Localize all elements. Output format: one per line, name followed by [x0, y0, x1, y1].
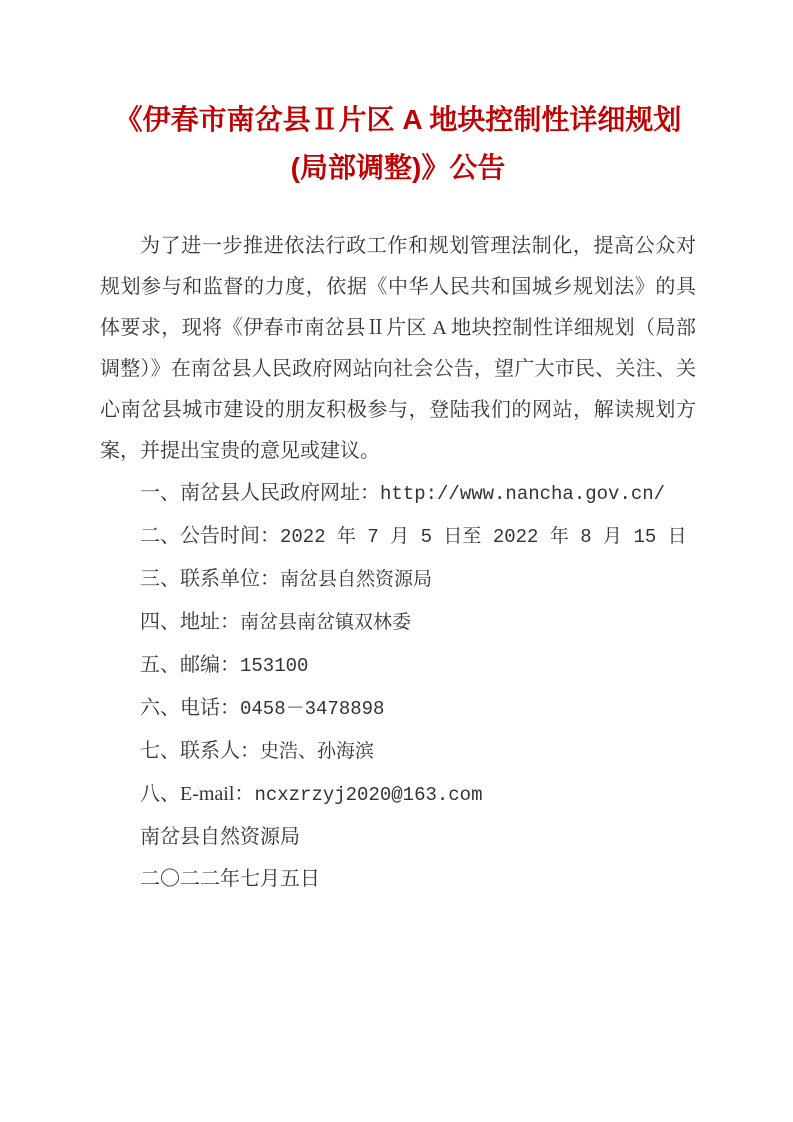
phone-value: 0458－3478898 — [240, 698, 384, 720]
document-title-line2: (局部调整)》公告 — [100, 144, 696, 192]
postal-code-value: 153100 — [240, 655, 308, 677]
list-item-address: 四、地址：南岔县南岔镇双林委 — [100, 601, 696, 644]
list-item-website: 一、南岔县人民政府网址：http://www.nancha.gov.cn/ — [100, 472, 696, 515]
list-item-label: 一、南岔县人民政府网址： — [140, 482, 380, 504]
list-item-label: 三、联系单位： — [140, 568, 280, 590]
website-url: http://www.nancha.gov.cn/ — [380, 483, 665, 505]
list-item-label: 六、电话： — [140, 697, 240, 719]
address-value: 南岔县南岔镇双林委 — [240, 612, 411, 634]
list-item-label: 七、联系人： — [140, 740, 260, 762]
document-title-line1: 《伊春市南岔县Ⅱ片区 A 地块控制性详细规划 — [100, 96, 696, 144]
email-value: ncxzrzyj2020@163.com — [254, 784, 482, 806]
list-item-label: 五、邮编： — [140, 654, 240, 676]
intro-paragraph: 为了进一步推进依法行政工作和规划管理法制化，提高公众对规划参与和监督的力度，依据… — [100, 226, 696, 472]
announcement-document: 《伊春市南岔县Ⅱ片区 A 地块控制性详细规划 (局部调整)》公告 为了进一步推进… — [0, 0, 793, 1122]
announcement-period-value: 2022 年 7 月 5 日至 2022 年 8 月 15 日 — [280, 526, 687, 548]
contact-unit-value: 南岔县自然资源局 — [280, 569, 432, 591]
issue-date: 二〇二二年七月五日 — [100, 858, 696, 900]
list-item-contact-person: 七、联系人：史浩、孙海滨 — [100, 730, 696, 773]
issuer-name: 南岔县自然资源局 — [100, 816, 696, 858]
list-item-email: 八、E-mail：ncxzrzyj2020@163.com — [100, 773, 696, 816]
list-item-phone: 六、电话：0458－3478898 — [100, 687, 696, 730]
info-list: 一、南岔县人民政府网址：http://www.nancha.gov.cn/ 二、… — [100, 472, 696, 816]
contact-person-value: 史浩、孙海滨 — [260, 741, 374, 763]
list-item-label: 二、公告时间： — [140, 525, 280, 547]
list-item-contact-unit: 三、联系单位：南岔县自然资源局 — [100, 558, 696, 601]
list-item-label: 八、E-mail： — [140, 783, 254, 805]
list-item-postal-code: 五、邮编：153100 — [100, 644, 696, 687]
list-item-announcement-period: 二、公告时间：2022 年 7 月 5 日至 2022 年 8 月 15 日 — [100, 515, 696, 558]
list-item-label: 四、地址： — [140, 611, 240, 633]
document-title: 《伊春市南岔县Ⅱ片区 A 地块控制性详细规划 (局部调整)》公告 — [100, 96, 696, 192]
